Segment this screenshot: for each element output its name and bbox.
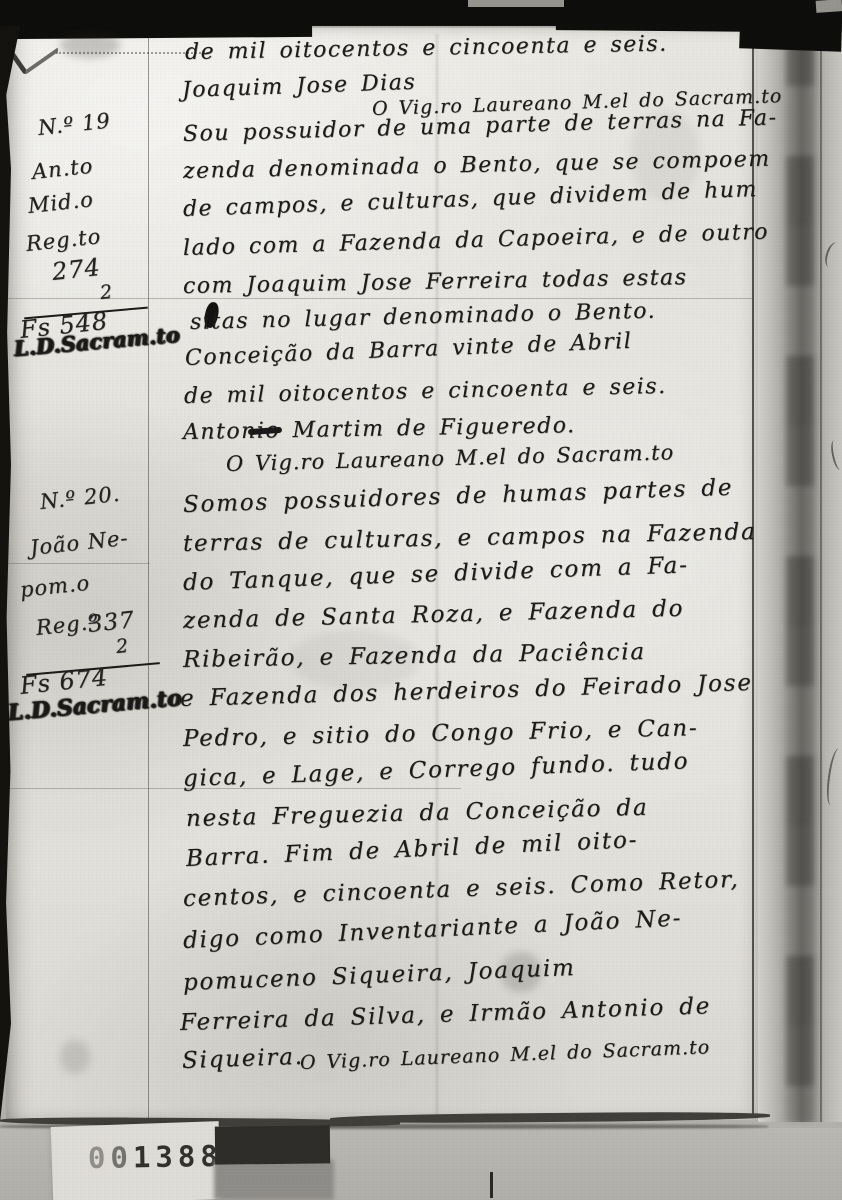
entry20-closing-word: Siqueira. bbox=[182, 1044, 305, 1074]
bottom-tick-mark bbox=[490, 1172, 493, 1198]
binding-edge-line bbox=[820, 26, 822, 1122]
pencil-smudge-bottom-left bbox=[60, 1040, 90, 1074]
binding-shadow bbox=[786, 26, 814, 1122]
entry19-reg-number: 274 bbox=[51, 253, 102, 286]
scanned-manuscript-page: 001388 de mil oitocentos e cincoenta e s… bbox=[0, 0, 842, 1200]
dark-tab-shadow bbox=[214, 1160, 334, 1200]
entry20-folio-superscript: 2 bbox=[115, 635, 130, 658]
entry20-reg-number: 337 bbox=[87, 607, 136, 638]
pencil-smudge bbox=[60, 32, 120, 58]
top-border-notch bbox=[468, 0, 564, 7]
horizontal-fold-crease-3 bbox=[6, 563, 150, 564]
top-right-sliver bbox=[816, 0, 842, 13]
stamp-fade-overlay-1 bbox=[88, 1140, 110, 1174]
entry19-folio-superscript: 2 bbox=[99, 281, 114, 304]
dark-tab bbox=[215, 1125, 330, 1164]
margin-rule-line bbox=[148, 34, 149, 1118]
stamp-fade-overlay-2 bbox=[112, 1140, 130, 1174]
top-scan-border-right bbox=[556, 0, 762, 32]
